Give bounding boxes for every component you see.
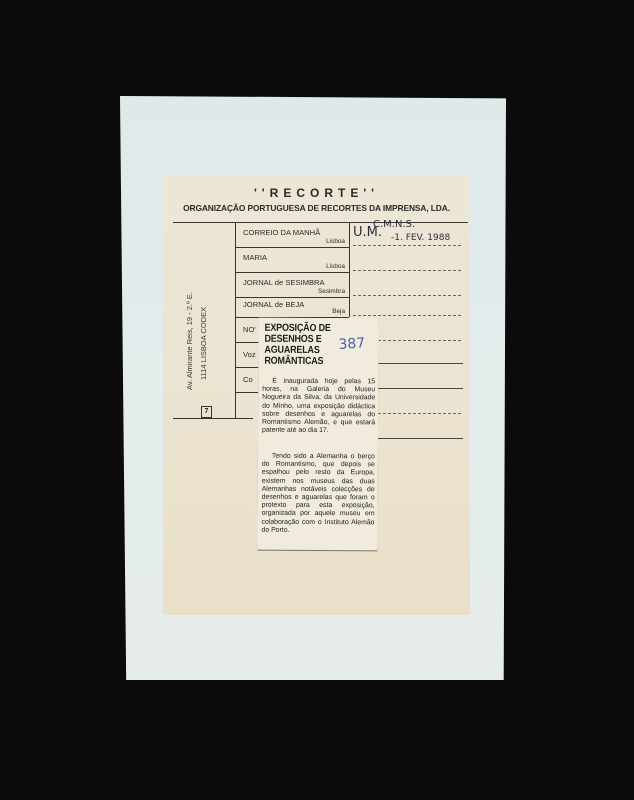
- form-title: ''RECORTE'': [163, 186, 470, 200]
- publication-name: Voz: [243, 350, 256, 359]
- address-block: Av. Almirante Reis, 19 - 2.º E. 1114 LIS…: [183, 292, 211, 390]
- bottom-rule: [173, 418, 253, 419]
- address-line-2: 1114 LISBOA CODEX: [197, 292, 211, 390]
- publication-name: JORNAL de BEJA: [243, 300, 304, 309]
- handwritten-superscript: C.M.N.S.: [373, 219, 415, 230]
- publication-name: NO': [243, 325, 256, 334]
- handwritten-date: -1. FEV. 1988: [391, 233, 450, 243]
- publication-row: Voz: [236, 343, 260, 368]
- address-line-1: Av. Almirante Reis, 19 - 2.º E.: [183, 292, 197, 390]
- publication-name: JORNAL de SESIMBRA: [243, 278, 325, 287]
- box-number: 7: [201, 406, 212, 418]
- blank-line: [353, 295, 461, 296]
- publication-name: CORREIO DA MANHÃ: [243, 228, 320, 237]
- publication-row: MARIA Lisboa: [236, 248, 349, 273]
- publication-name: MARIA: [243, 253, 267, 262]
- blank-line: [353, 270, 461, 271]
- clipping-paragraph-1: É inaugurada hoje pelas 15 horas, na Gal…: [262, 378, 375, 436]
- clipping-headline: EXPOSIÇÃO DE DESENHOS E AGUARELAS ROMÂNT…: [264, 323, 335, 367]
- publication-city: Lisboa: [326, 238, 345, 245]
- publication-name: Co: [243, 375, 253, 384]
- blank-line: [353, 245, 461, 246]
- publication-city: Lisboa: [326, 263, 345, 270]
- publication-row: NO': [236, 318, 260, 343]
- handwritten-number: 387: [338, 335, 366, 353]
- clipping-paragraph-2: Tendo sido a Alemanha o berço do Romanti…: [261, 453, 374, 536]
- blank-line: [353, 315, 461, 316]
- column-divider-2: [349, 222, 350, 317]
- publication-row: CORREIO DA MANHÃ Lisboa: [236, 223, 349, 248]
- newspaper-clipping: EXPOSIÇÃO DE DESENHOS E AGUARELAS ROMÂNT…: [257, 318, 378, 551]
- form-subtitle: ORGANIZAÇÃO PORTUGUESA DE RECORTES DA IM…: [163, 203, 470, 213]
- publication-city: Sesimbra: [318, 288, 345, 295]
- publication-row: JORNAL de BEJA Beja: [236, 295, 349, 318]
- publication-row: Co: [236, 368, 260, 393]
- publication-city: Beja: [332, 308, 345, 315]
